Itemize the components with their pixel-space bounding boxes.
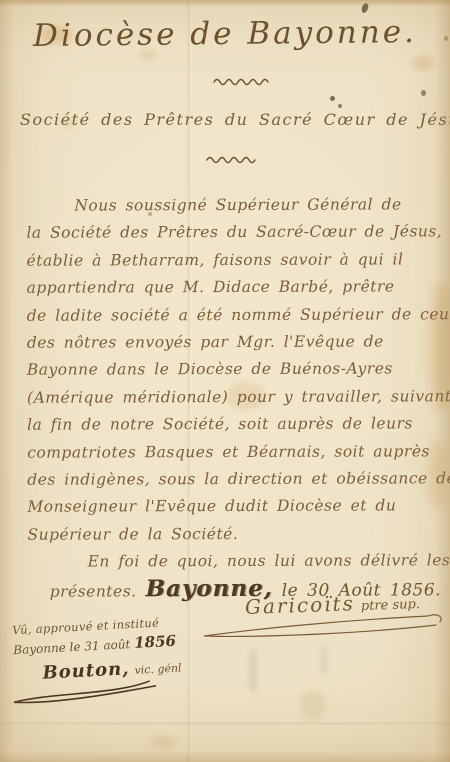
body-line: Monseigneur l'Evêque dudit Diocèse et du <box>27 493 438 522</box>
date-line-presentes: présentes. <box>50 579 137 607</box>
approval-signature-title: vic. génl <box>134 661 182 676</box>
body-line: appartiendra que M. Didace Barbé, prêtre <box>27 273 438 302</box>
manuscript-page: Diocèse de Bayonne. Société des Prêtres … <box>0 0 450 762</box>
body-line: de ladite société a été nommé Supérieur … <box>27 301 438 330</box>
body-line: Supérieur de la Société. <box>27 520 438 549</box>
approval-place-date: Bayonne le 31 août <box>13 637 131 657</box>
bleedthrough-smudge <box>320 646 328 674</box>
signature-flourish-icon <box>198 612 446 644</box>
foxing-stain <box>300 690 326 720</box>
body-line: compatriotes Basques et Béarnais, soit a… <box>27 438 438 467</box>
document-subtitle: Société des Prêtres du Sacré Cœur de Jés… <box>20 110 430 129</box>
body-line: la fin de notre Société, soit auprès de … <box>27 410 438 439</box>
body-line: des nôtres envoyés par Mgr. l'Evêque de <box>27 328 438 357</box>
ink-speck <box>421 90 426 96</box>
ink-speck <box>330 96 335 101</box>
flourish-divider-icon <box>212 74 274 86</box>
body-line: des indigènes, sous la direction et obéi… <box>27 465 438 494</box>
bleedthrough-smudge <box>248 648 258 692</box>
body-line: établie à Betharram, faisons savoir à qu… <box>26 246 437 275</box>
body-line: la Société des Prêtres du Sacré-Cœur de … <box>26 219 437 248</box>
fold-crease-horizontal <box>0 722 450 725</box>
flourish-divider-icon <box>205 152 261 164</box>
body-line: Bayonne dans le Diocèse de Buénos-Ayres <box>27 356 438 385</box>
approval-note: Vû, approuvé et institué Bayonne le 31 a… <box>12 613 216 708</box>
foxing-stain <box>412 56 434 70</box>
closing-line: En foi de quoi, nous lui avons délivré l… <box>28 547 439 576</box>
ink-speck <box>360 2 369 13</box>
body-line: Nous soussigné Supérieur Général de <box>26 191 437 220</box>
document-body: Nous soussigné Supérieur Général de la S… <box>26 191 438 603</box>
document-title: Diocèse de Bayonne. <box>0 14 450 55</box>
approval-year: 1856 <box>134 632 177 652</box>
body-line: (Amérique méridionale) pour y travailler… <box>27 383 438 412</box>
foxing-stain <box>150 736 176 748</box>
ink-speck <box>338 104 342 108</box>
